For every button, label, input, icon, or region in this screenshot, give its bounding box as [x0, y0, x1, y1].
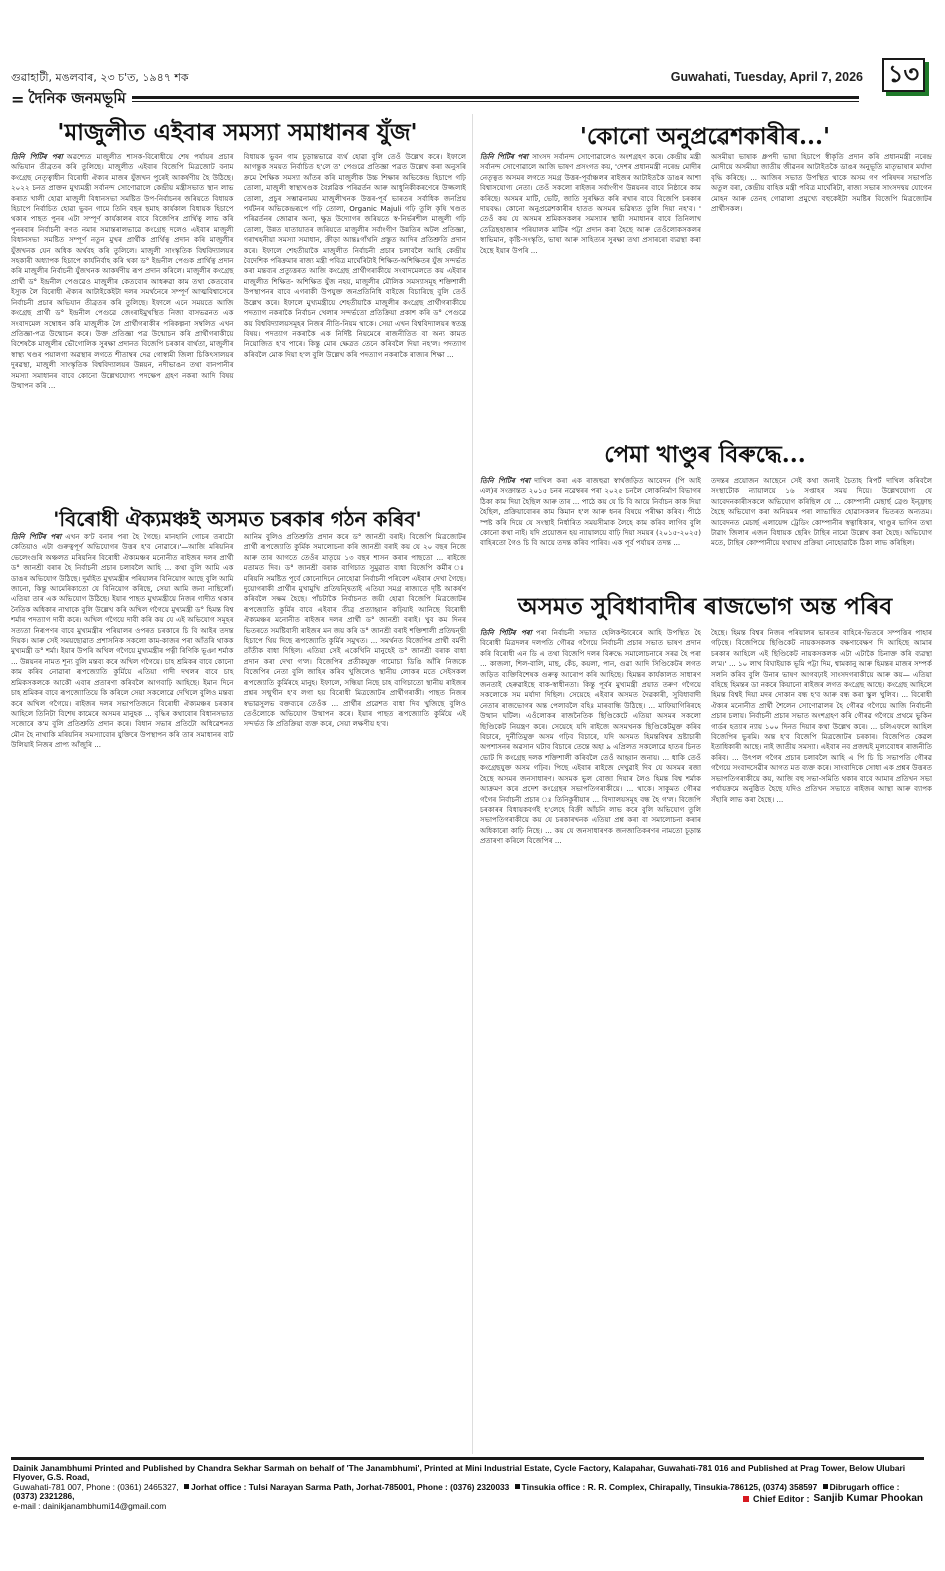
masthead-date-assamese: গুৱাহাটী, মঙলবাৰ, ২৩ চ'ত, ১৯৪৭ শক	[11, 69, 189, 88]
article-column: হৈছে। হিমন্ত বিশ্বৰ নিজৰ পৰিয়ালৰ ভাৰতৰ …	[711, 628, 932, 1450]
column-divider	[472, 114, 473, 1454]
article-column: অসমীয়া ভাষাক ধ্ৰুপদী ভাষা হিচাপে স্বীকৃ…	[711, 152, 932, 432]
bullet-square-icon	[184, 1484, 189, 1489]
article-text: পৰা নিৰ্বাচনী সভাত হেলিকপ্টাৰেৰে আহি উপস…	[480, 628, 701, 845]
headline-majuli: 'মাজুলীত এইবাৰ সমস্যা সমাধানৰ যুঁজ'	[10, 114, 465, 153]
headline-opportunists: অসমত সুবিধাবাদীৰ ৰাজভোগ অন্ত পৰিব	[480, 588, 930, 627]
article-text: আনিম বুলিও প্ৰতিশ্ৰুতি প্ৰদান কৰে ড° জান…	[244, 532, 467, 728]
imprint-email: e-mail : dainikjanambhumi14@gmail.com	[13, 1501, 166, 1511]
footer-rule	[11, 1457, 924, 1460]
article-infiltrator: তিনি পিটিৰ পৰাসাংসদ সৰ্বানন্দ সোণোৱালেও …	[480, 152, 932, 432]
page-number-badge: ১৩	[882, 58, 925, 92]
article-column: আনিম বুলিও প্ৰতিশ্ৰুতি প্ৰদান কৰে ড° জান…	[244, 532, 467, 1450]
article-opportunists: তিনি পিটিৰ পৰাপৰা নিৰ্বাচনী সভাত হেলিকপ্…	[480, 628, 932, 1450]
dateline: তিনি পিটিৰ পৰা	[480, 476, 530, 485]
red-square-icon	[743, 1496, 749, 1502]
rule-dash: =	[11, 90, 24, 109]
article-text: অসমীয়া ভাষাক ধ্ৰুপদী ভাষা হিচাপে স্বীকৃ…	[711, 152, 932, 213]
dateline: তিনি পিটিৰ পৰা	[11, 532, 61, 541]
bullet-square-icon	[515, 1484, 520, 1489]
masthead-date-english: Guwahati, Tuesday, April 7, 2026	[671, 70, 863, 84]
dateline: তিনি পিটিৰ পৰা	[480, 628, 532, 637]
article-text: অৱশ্যেত মাজুলীত শাসক-বিৰোধীয়ে শেষ পৰ্যা…	[11, 152, 234, 390]
headline-pema-khandu: পেমা খাণ্ডুৰ বিৰুদ্ধে...	[480, 436, 930, 475]
chief-editor-credit: Chief Editor : Sanjib Kumar Phookan	[743, 1493, 923, 1504]
editor-label: Chief Editor :	[753, 1494, 810, 1504]
article-majuli: তিনি পিটিৰ পৰাঅৱশ্যেত মাজুলীত শাসক-বিৰোধ…	[11, 152, 466, 498]
article-column: তিনি পিটিৰ পৰাঅৱশ্যেত মাজুলীত শাসক-বিৰোধ…	[11, 152, 234, 498]
imprint-line: Dainik Janambhumi Printed and Published …	[13, 1463, 905, 1482]
imprint-tinsukia: Tinsukia office : R. R. Complex, Chirapa…	[522, 1482, 818, 1492]
article-text: হৈছে। হিমন্ত বিশ্বৰ নিজৰ পৰিয়ালৰ ভাৰতৰ …	[711, 628, 932, 804]
article-pema-khandu: তিনি পিটিৰ পৰাদাখিল কৰা এক ৰাজহুৱা স্বাৰ…	[480, 476, 932, 582]
article-column: তিনি পিটিৰ পৰাদাখিল কৰা এক ৰাজহুৱা স্বাৰ…	[480, 476, 701, 582]
article-opposition: তিনি পিটিৰ পৰাএখন ক'ট বনাৰ পৰা হৈ গৈছে। …	[11, 532, 466, 1450]
paper-name-bar: = দৈনিক জনমভূমি	[11, 88, 859, 110]
article-column: তিনি পিটিৰ পৰাসাংসদ সৰ্বানন্দ সোণোৱালেও …	[480, 152, 701, 432]
article-text: এখন ক'ট বনাৰ পৰা হৈ গৈছে। মানহানি গোচৰ ত…	[11, 532, 234, 749]
dateline: তিনি পিটিৰ পৰা	[11, 152, 63, 161]
article-text: সাংসদ সৰ্বানন্দ সোণোৱালেও অংশগ্ৰহণ কৰে। …	[480, 152, 701, 255]
article-column: তদন্তৰ প্ৰয়োজন আছেনে সেই কথা জনাই চৈতাহ…	[711, 476, 932, 582]
editor-name: Sanjib Kumar Phookan	[814, 1493, 923, 1504]
article-text: বিধায়ক ভুবন গাম চূড়ান্তভাৱে ব্যৰ্থ হোৱ…	[244, 152, 467, 359]
article-text: দাখিল কৰা এক ৰাজহুৱা স্বাৰ্থজড়িত আবেদন …	[480, 476, 701, 547]
dateline: তিনি পিটিৰ পৰা	[480, 152, 528, 161]
masthead-rule	[132, 96, 859, 102]
imprint-jorhat: Jorhat office : Tulsi Narayan Sarma Path…	[191, 1482, 509, 1492]
bullet-square-icon	[823, 1484, 828, 1489]
article-column: তিনি পিটিৰ পৰাএখন ক'ট বনাৰ পৰা হৈ গৈছে। …	[11, 532, 234, 1450]
article-column: বিধায়ক ভুবন গাম চূড়ান্তভাৱে ব্যৰ্থ হোৱ…	[244, 152, 467, 498]
paper-name: দৈনিক জনমভূমি	[28, 87, 125, 112]
article-text: তদন্তৰ প্ৰয়োজন আছেনে সেই কথা জনাই চৈতাহ…	[711, 476, 932, 547]
article-column: তিনি পিটিৰ পৰাপৰা নিৰ্বাচনী সভাত হেলিকপ্…	[480, 628, 701, 1450]
